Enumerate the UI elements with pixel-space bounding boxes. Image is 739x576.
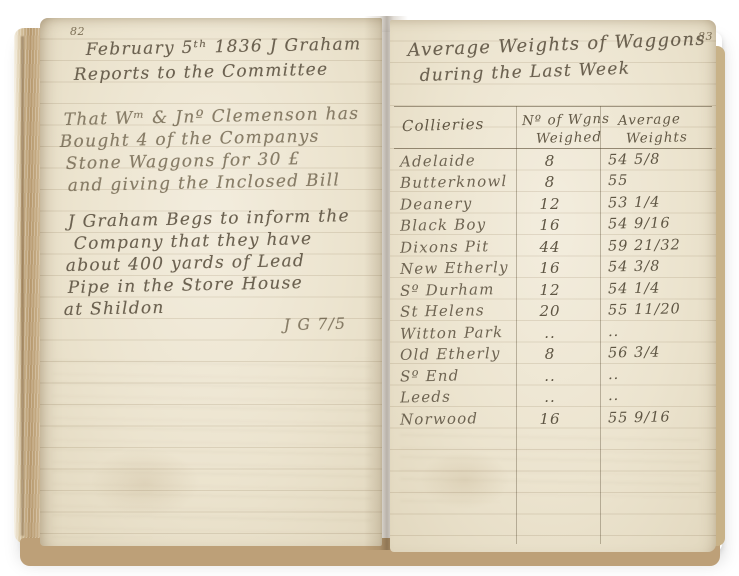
wagons-weighed: 12 [518,195,582,213]
average-weight: .. [608,388,619,404]
wagons-weighed: .. [518,324,582,342]
ledger-book: 82 February 5ᵗʰ 1836 J Graham Reports to… [12,6,727,568]
page-title-line: Average Weights of Waggons [407,29,706,61]
average-weight: 54 9/16 [608,215,671,232]
column-header-collieries: Collieries [402,115,485,135]
table-row: Old Etherly 8 56 3/4 [390,345,716,366]
colliery-name: Old Etherly [400,344,501,364]
table-header-rule [394,148,712,149]
page-title-line: during the Last Week [419,59,630,86]
wagons-weighed: .. [518,388,582,406]
table-row: Sº End .. .. [390,367,716,388]
wagons-weighed: 8 [518,152,582,170]
paper-stain [90,448,200,518]
report-line: about 400 yards of Lead [66,251,306,276]
wagons-weighed: 8 [518,173,582,191]
report-line: and giving the Inclosed Bill [68,170,341,196]
wagons-weighed: 8 [518,345,582,363]
wagons-weighed: 44 [518,238,582,256]
colliery-name: Deanery [400,194,473,213]
report-line: at Shildon [64,298,165,320]
table-row: Sº Durham 12 54 1/4 [390,281,716,302]
wagons-weighed: 12 [518,281,582,299]
average-weight: 54 1/4 [608,281,661,298]
wagons-weighed: 20 [518,302,582,320]
average-weight: .. [608,367,619,383]
bleedthrough-ghost-left [52,358,372,538]
report-line: Company that they have [74,229,313,254]
wagons-weighed: 16 [518,216,582,234]
table-row: Deanery 12 53 1/4 [390,195,716,216]
table-row: Butterknowl 8 55 [390,173,716,194]
wagons-weighed: 16 [518,410,582,428]
bleedthrough-ghost-right [400,432,700,502]
colliery-name: Leeds [400,388,451,407]
wagons-weighed: 16 [518,259,582,277]
wagons-weighed: .. [518,367,582,385]
report-line: February 5ᵗʰ 1836 J Graham [86,34,362,60]
table-row: Black Boy 16 54 9/16 [390,216,716,237]
average-weight: 55 9/16 [608,409,671,426]
average-weight: 54 3/8 [608,259,661,276]
table-top-rule [394,106,712,107]
colliery-name: Dixons Pit [400,237,490,257]
right-page: 83 Average Weights of Waggons during the… [390,20,716,552]
left-page: 82 February 5ᵗʰ 1836 J Graham Reports to… [40,18,382,546]
report-line: Pipe in the Store House [68,273,304,298]
average-weight: .. [608,324,619,340]
average-weight: 59 21/32 [608,237,681,254]
colliery-name: Sº End [400,366,460,385]
report-line: Bought 4 of the Companys [60,127,320,152]
signature-mark: J G 7/5 [284,315,347,334]
colliery-name: Witton Park [400,323,504,343]
colliery-name: Black Boy [400,215,487,235]
column-header-average-2: Weights [626,129,688,147]
page-number-left: 82 [70,25,85,38]
column-header-average: Average [618,111,681,129]
average-weight: 56 3/4 [608,345,661,362]
average-weight: 55 11/20 [608,301,681,318]
colliery-name: New Etherly [400,258,509,278]
column-header-wagons: Nº of Wgns [522,111,610,129]
average-weight: 55 [608,173,629,189]
colliery-name: Adelaide [400,151,476,170]
average-weight: 54 5/8 [608,152,661,169]
table-row: Adelaide 8 54 5/8 [390,152,716,173]
table-row: Witton Park .. .. [390,324,716,345]
colliery-name: Sº Durham [400,280,495,300]
average-weight: 53 1/4 [608,195,661,212]
colliery-name: Norwood [400,409,479,428]
table-row: Dixons Pit 44 59 21/32 [390,238,716,259]
table-row: St Helens 20 55 11/20 [390,302,716,323]
table-row: Leeds .. .. [390,388,716,409]
colliery-name: St Helens [400,301,485,320]
report-line: Stone Waggons for 30 £ [66,149,301,174]
table-row: Norwood 16 55 9/16 [390,410,716,431]
column-header-wagons-2: Weighed [536,129,602,147]
book-cover-edge [21,36,24,536]
report-line: Reports to the Committee [74,60,329,85]
table-row: New Etherly 16 54 3/8 [390,259,716,280]
paper-stain [420,450,510,510]
colliery-name: Butterknowl [400,172,508,192]
